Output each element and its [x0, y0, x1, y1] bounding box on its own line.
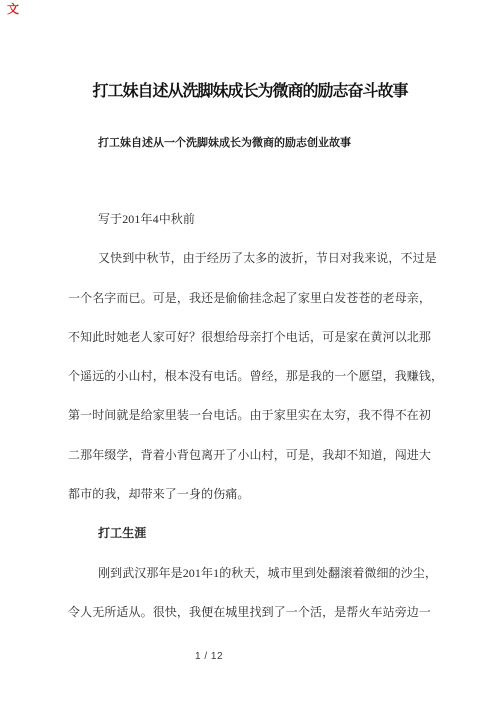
- body-line: 令人无所适从。很快，我便在城里找到了一个活，是帮火车站旁边一: [68, 593, 440, 632]
- document-page: 文 打工妹自述从洗脚妹成长为微商的励志奋斗故事 打工妹自述从一个洗脚妹成长为微商…: [0, 0, 500, 707]
- page-number: 1 / 12: [195, 651, 223, 662]
- body-line: 个遥远的小山村，根本没有电话。曾经，那是我的一个愿望，我赚钱，: [68, 357, 440, 396]
- body-line: 写于201年4中秋前: [68, 200, 440, 239]
- body-line: 刚到武汉那年是201年1的秋天，城市里到处翻滚着微细的沙尘，: [68, 554, 440, 593]
- document-body: 写于201年4中秋前 又快到中秋节，由于经历了太多的波折，节日对我来说，不过是 …: [68, 200, 440, 632]
- body-line: 一个名字而已。可是，我还是偷偷挂念起了家里白发苍苍的老母亲，: [68, 279, 440, 318]
- body-line: 二那年缀学，背着小背包离开了小山村，可是，我却不知道，闯进大: [68, 436, 440, 475]
- document-title: 打工妹自述从洗脚妹成长为微商的励志奋斗故事: [0, 78, 500, 101]
- section-heading: 打工生涯: [68, 514, 440, 553]
- body-line: 第一时间就是给家里装一台电话。由于家里实在太穷，我不得不在初: [68, 396, 440, 435]
- body-line: 不知此时她老人家可好？很想给母亲打个电话，可是家在黄河以北那: [68, 318, 440, 357]
- site-logo-icon: 文: [7, 2, 19, 16]
- body-line: 又快到中秋节，由于经历了太多的波折，节日对我来说，不过是: [68, 239, 440, 278]
- body-line: 都市的我，却带来了一身的伤痛。: [68, 475, 440, 514]
- document-subtitle: 打工妹自述从一个洗脚妹成长为微商的励志创业故事: [98, 134, 351, 150]
